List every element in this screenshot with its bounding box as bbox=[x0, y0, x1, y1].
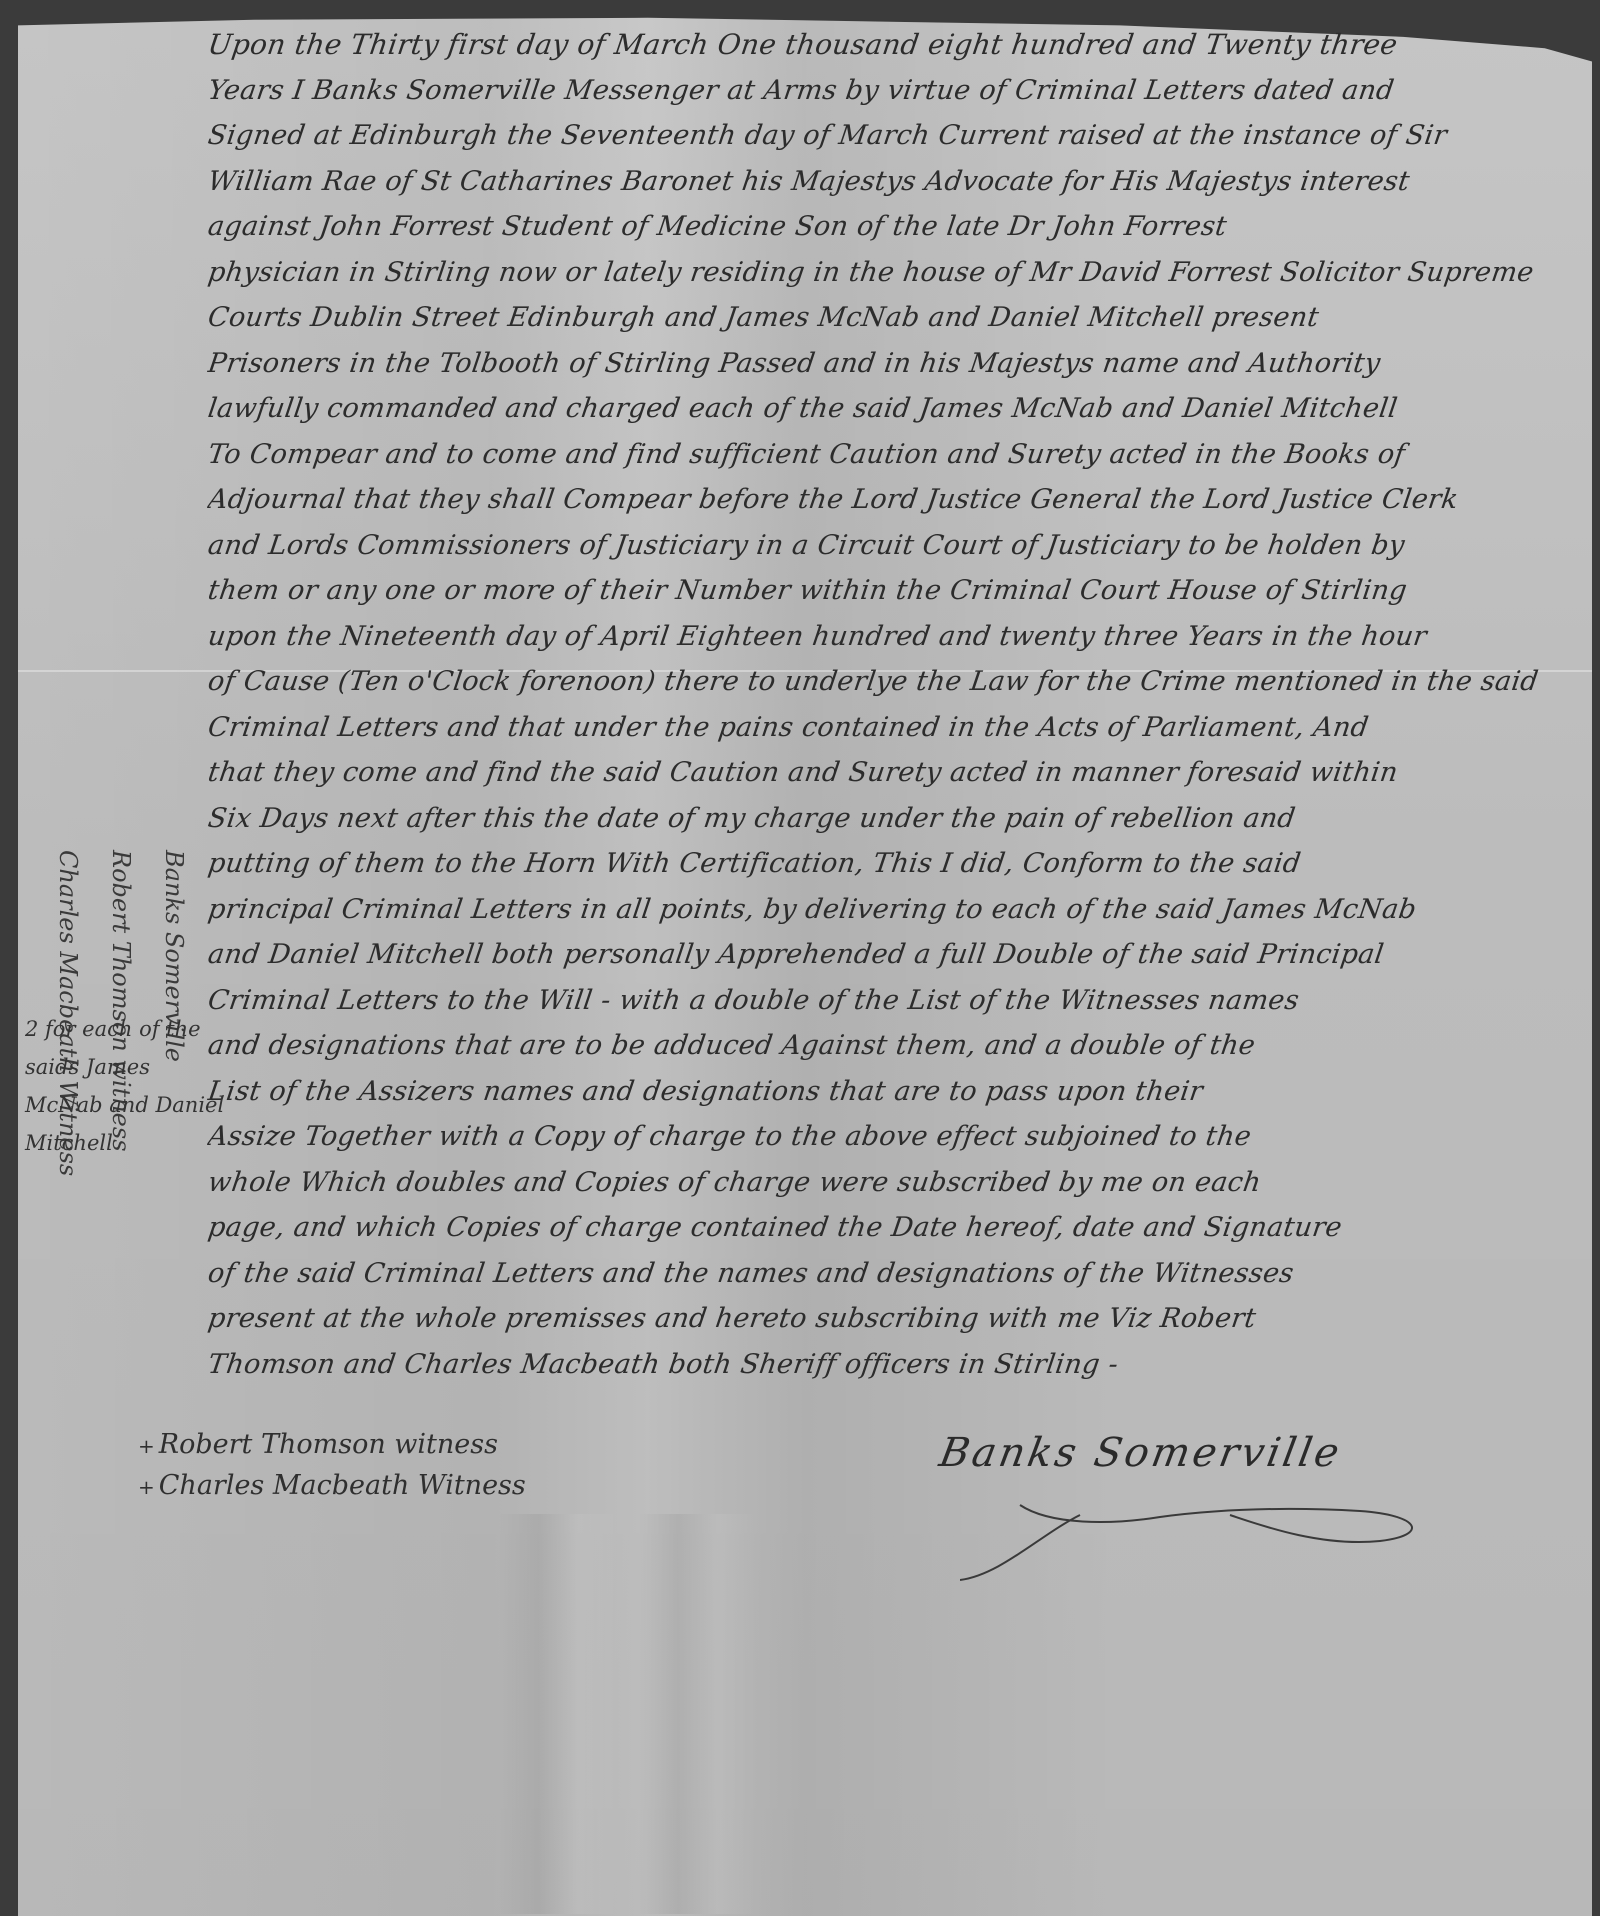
paper-shadow bbox=[498, 1514, 618, 1914]
body-line: lawfully commanded and charged each of t… bbox=[205, 386, 1586, 432]
body-line: Thomson and Charles Macbeath both Sherif… bbox=[205, 1342, 1586, 1388]
cross-mark-icon: + bbox=[138, 1475, 155, 1499]
margin-note-line: saids James bbox=[25, 1048, 265, 1086]
body-line: and Lords Commissioners of Justiciary in… bbox=[205, 523, 1586, 569]
body-line: To Compear and to come and find sufficie… bbox=[205, 432, 1586, 478]
body-line: Six Days next after this the date of my … bbox=[205, 796, 1586, 842]
body-line: against John Forrest Student of Medicine… bbox=[205, 204, 1586, 250]
witness-charles-macbeath: +Charles Macbeath Witness bbox=[138, 1466, 526, 1507]
body-line: Criminal Letters and that under the pain… bbox=[205, 705, 1586, 751]
body-line: Adjournal that they shall Compear before… bbox=[205, 477, 1586, 523]
document-body: Upon the Thirty first day of March One t… bbox=[205, 22, 1580, 1387]
body-line: Criminal Letters to the Will - with a do… bbox=[205, 978, 1586, 1024]
body-line: William Rae of St Catharines Baronet his… bbox=[205, 159, 1586, 205]
signature-flourish-icon bbox=[960, 1495, 1460, 1585]
body-line: page, and which Copies of charge contain… bbox=[205, 1205, 1586, 1251]
body-line: and Daniel Mitchell both personally Appr… bbox=[205, 932, 1586, 978]
body-line: Upon the Thirty first day of March One t… bbox=[205, 22, 1586, 68]
margin-fee-note: 2 for each of the saids James McNab and … bbox=[25, 1010, 265, 1162]
body-line: Assize Together with a Copy of charge to… bbox=[205, 1114, 1586, 1160]
witness-signatures: +Robert Thomson witness +Charles Macbeat… bbox=[138, 1425, 526, 1507]
body-line: and designations that are to be adduced … bbox=[205, 1023, 1586, 1069]
body-line: Signed at Edinburgh the Seventeenth day … bbox=[205, 113, 1586, 159]
body-line: that they come and find the said Caution… bbox=[205, 750, 1586, 796]
body-line: of the said Criminal Letters and the nam… bbox=[205, 1251, 1586, 1297]
body-line: principal Criminal Letters in all points… bbox=[205, 887, 1586, 933]
margin-note-line: Mitchell bbox=[25, 1124, 265, 1162]
body-line: of Cause (Ten o'Clock forenoon) there to… bbox=[205, 659, 1586, 705]
witness-robert-thomson: +Robert Thomson witness bbox=[138, 1425, 526, 1466]
body-line: putting of them to the Horn With Certifi… bbox=[205, 841, 1586, 887]
cross-mark-icon: + bbox=[138, 1434, 155, 1458]
body-line: Courts Dublin Street Edinburgh and James… bbox=[205, 295, 1586, 341]
body-line: upon the Nineteenth day of April Eightee… bbox=[205, 614, 1586, 660]
body-line: Prisoners in the Tolbooth of Stirling Pa… bbox=[205, 341, 1586, 387]
margin-note-line: McNab and Daniel bbox=[25, 1086, 265, 1124]
body-line: present at the whole premisses and heret… bbox=[205, 1296, 1586, 1342]
body-line: Years I Banks Somerville Messenger at Ar… bbox=[205, 68, 1586, 114]
paper-shadow bbox=[638, 1514, 758, 1914]
body-line: them or any one or more of their Number … bbox=[205, 568, 1586, 614]
messenger-signature: Banks Somerville bbox=[936, 1430, 1345, 1476]
body-line: List of the Assizers names and designati… bbox=[205, 1069, 1586, 1115]
body-line: whole Which doubles and Copies of charge… bbox=[205, 1160, 1586, 1206]
body-line: physician in Stirling now or lately resi… bbox=[205, 250, 1586, 296]
margin-note-line: 2 for each of the bbox=[25, 1010, 265, 1048]
